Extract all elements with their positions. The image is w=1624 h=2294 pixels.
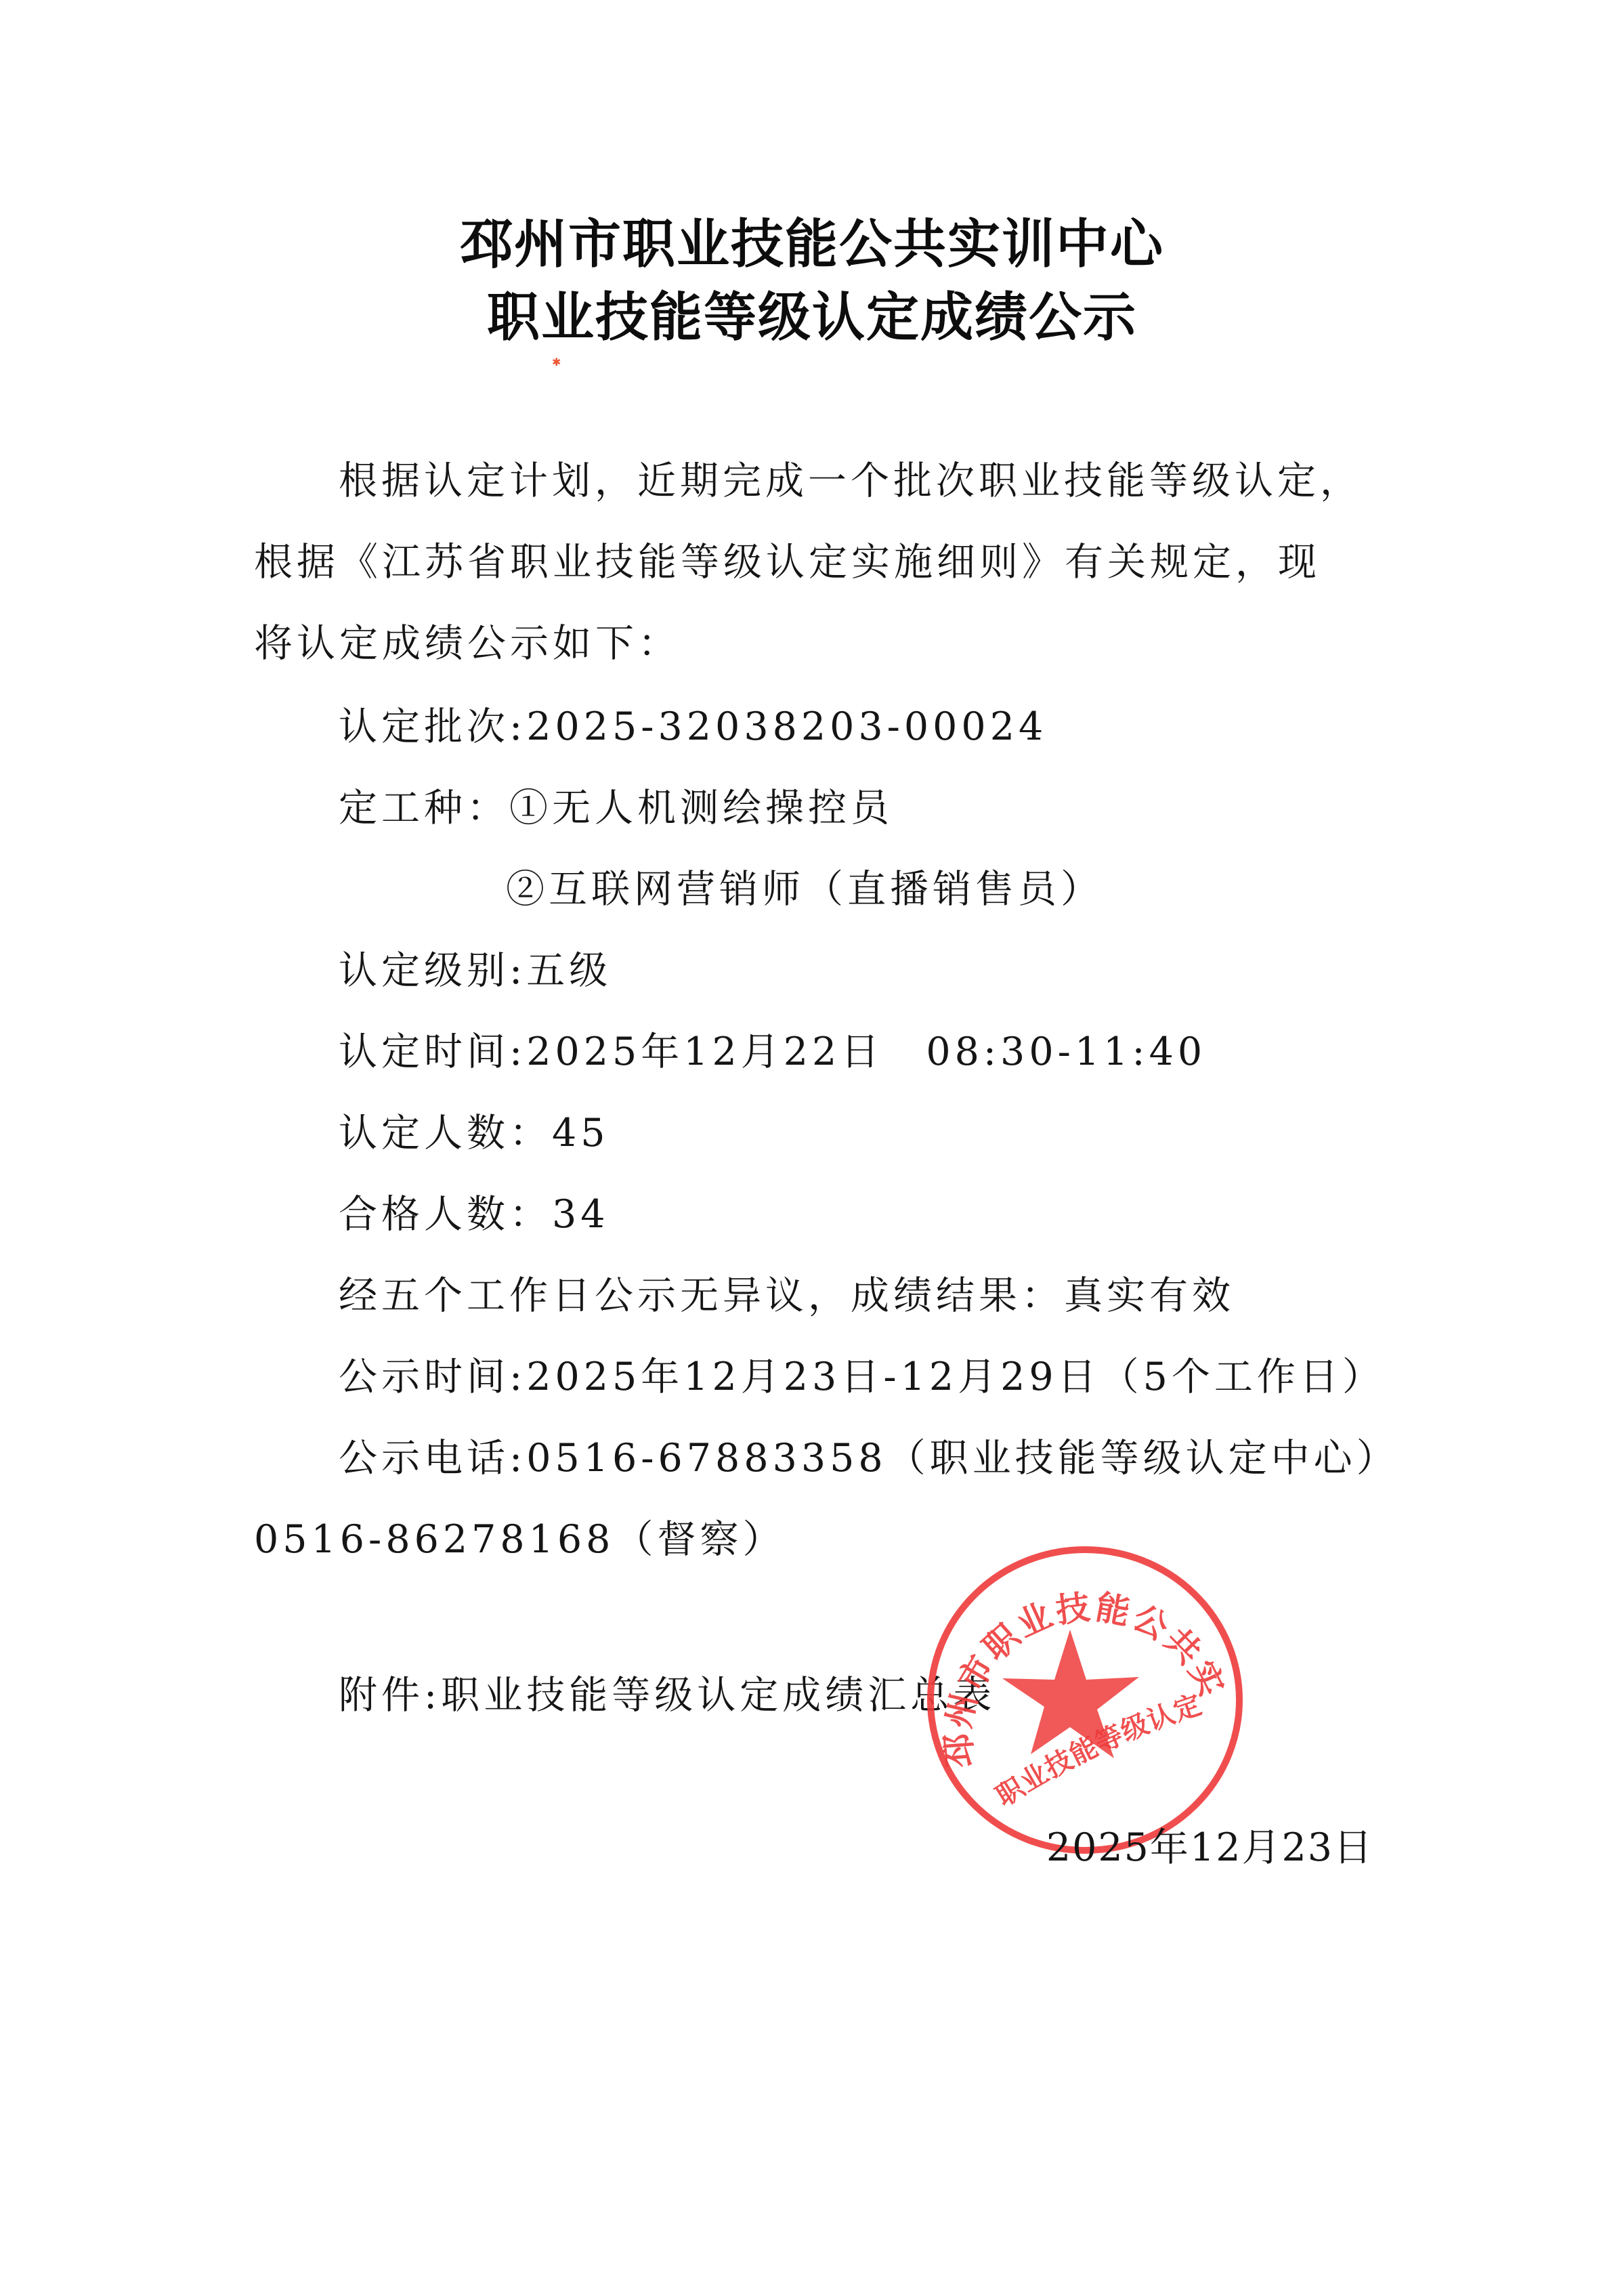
intro-line-1: 根据认定计划，近期完成一个批次职业技能等级认定， xyxy=(339,462,1363,501)
seal-graphic: 邳州市职业技能公共实训中心 职业技能等级认定专用章 xyxy=(922,1543,1247,1861)
field-occupation-2: ②互联网营销师（直播销售员） xyxy=(506,870,1103,909)
field-level: 认定级别:五级 xyxy=(339,952,612,990)
official-seal: 邳州市职业技能公共实训中心 职业技能等级认定专用章 xyxy=(922,1543,1247,1861)
intro-line-2: 根据《江苏省职业技能等级认定实施细则》有关规定，现 xyxy=(254,543,1321,582)
field-validity: 经五个工作日公示无异议，成绩结果：真实有效 xyxy=(339,1277,1235,1315)
ink-speck-mark: ✱ xyxy=(552,358,561,367)
title-notice: 职业技能等级认定成绩公示 xyxy=(0,291,1624,344)
field-candidates: 认定人数：45 xyxy=(339,1114,610,1153)
issue-date: 2025年12月23日 xyxy=(1046,1829,1373,1867)
intro-line-3: 将认定成绩公示如下： xyxy=(254,624,681,663)
field-passed: 合格人数：34 xyxy=(339,1195,610,1234)
document-page: 邳州市职业技能公共实训中心 职业技能等级认定成绩公示 ✱ 根据认定计划，近期完成… xyxy=(0,0,1624,2294)
field-publicity-period: 公示时间:2025年12月23日-12月29日（5个工作日） xyxy=(339,1358,1385,1397)
field-time: 认定时间:2025年12月22日 08:30-11:40 xyxy=(339,1033,1206,1071)
attachment-label: 附件:职业技能等级认定成绩汇总表 xyxy=(339,1676,996,1715)
field-batch: 认定批次:2025-32038203-00024 xyxy=(339,708,1047,746)
field-occupation-1: 定工种：①无人机测绘操控员 xyxy=(339,789,893,828)
title-organization: 邳州市职业技能公共实训中心 xyxy=(0,218,1624,271)
field-phone-2: 0516-86278168（督察） xyxy=(254,1521,785,1559)
field-phone-1: 公示电话:0516-67883358（职业技能等级认定中心） xyxy=(339,1439,1399,1478)
